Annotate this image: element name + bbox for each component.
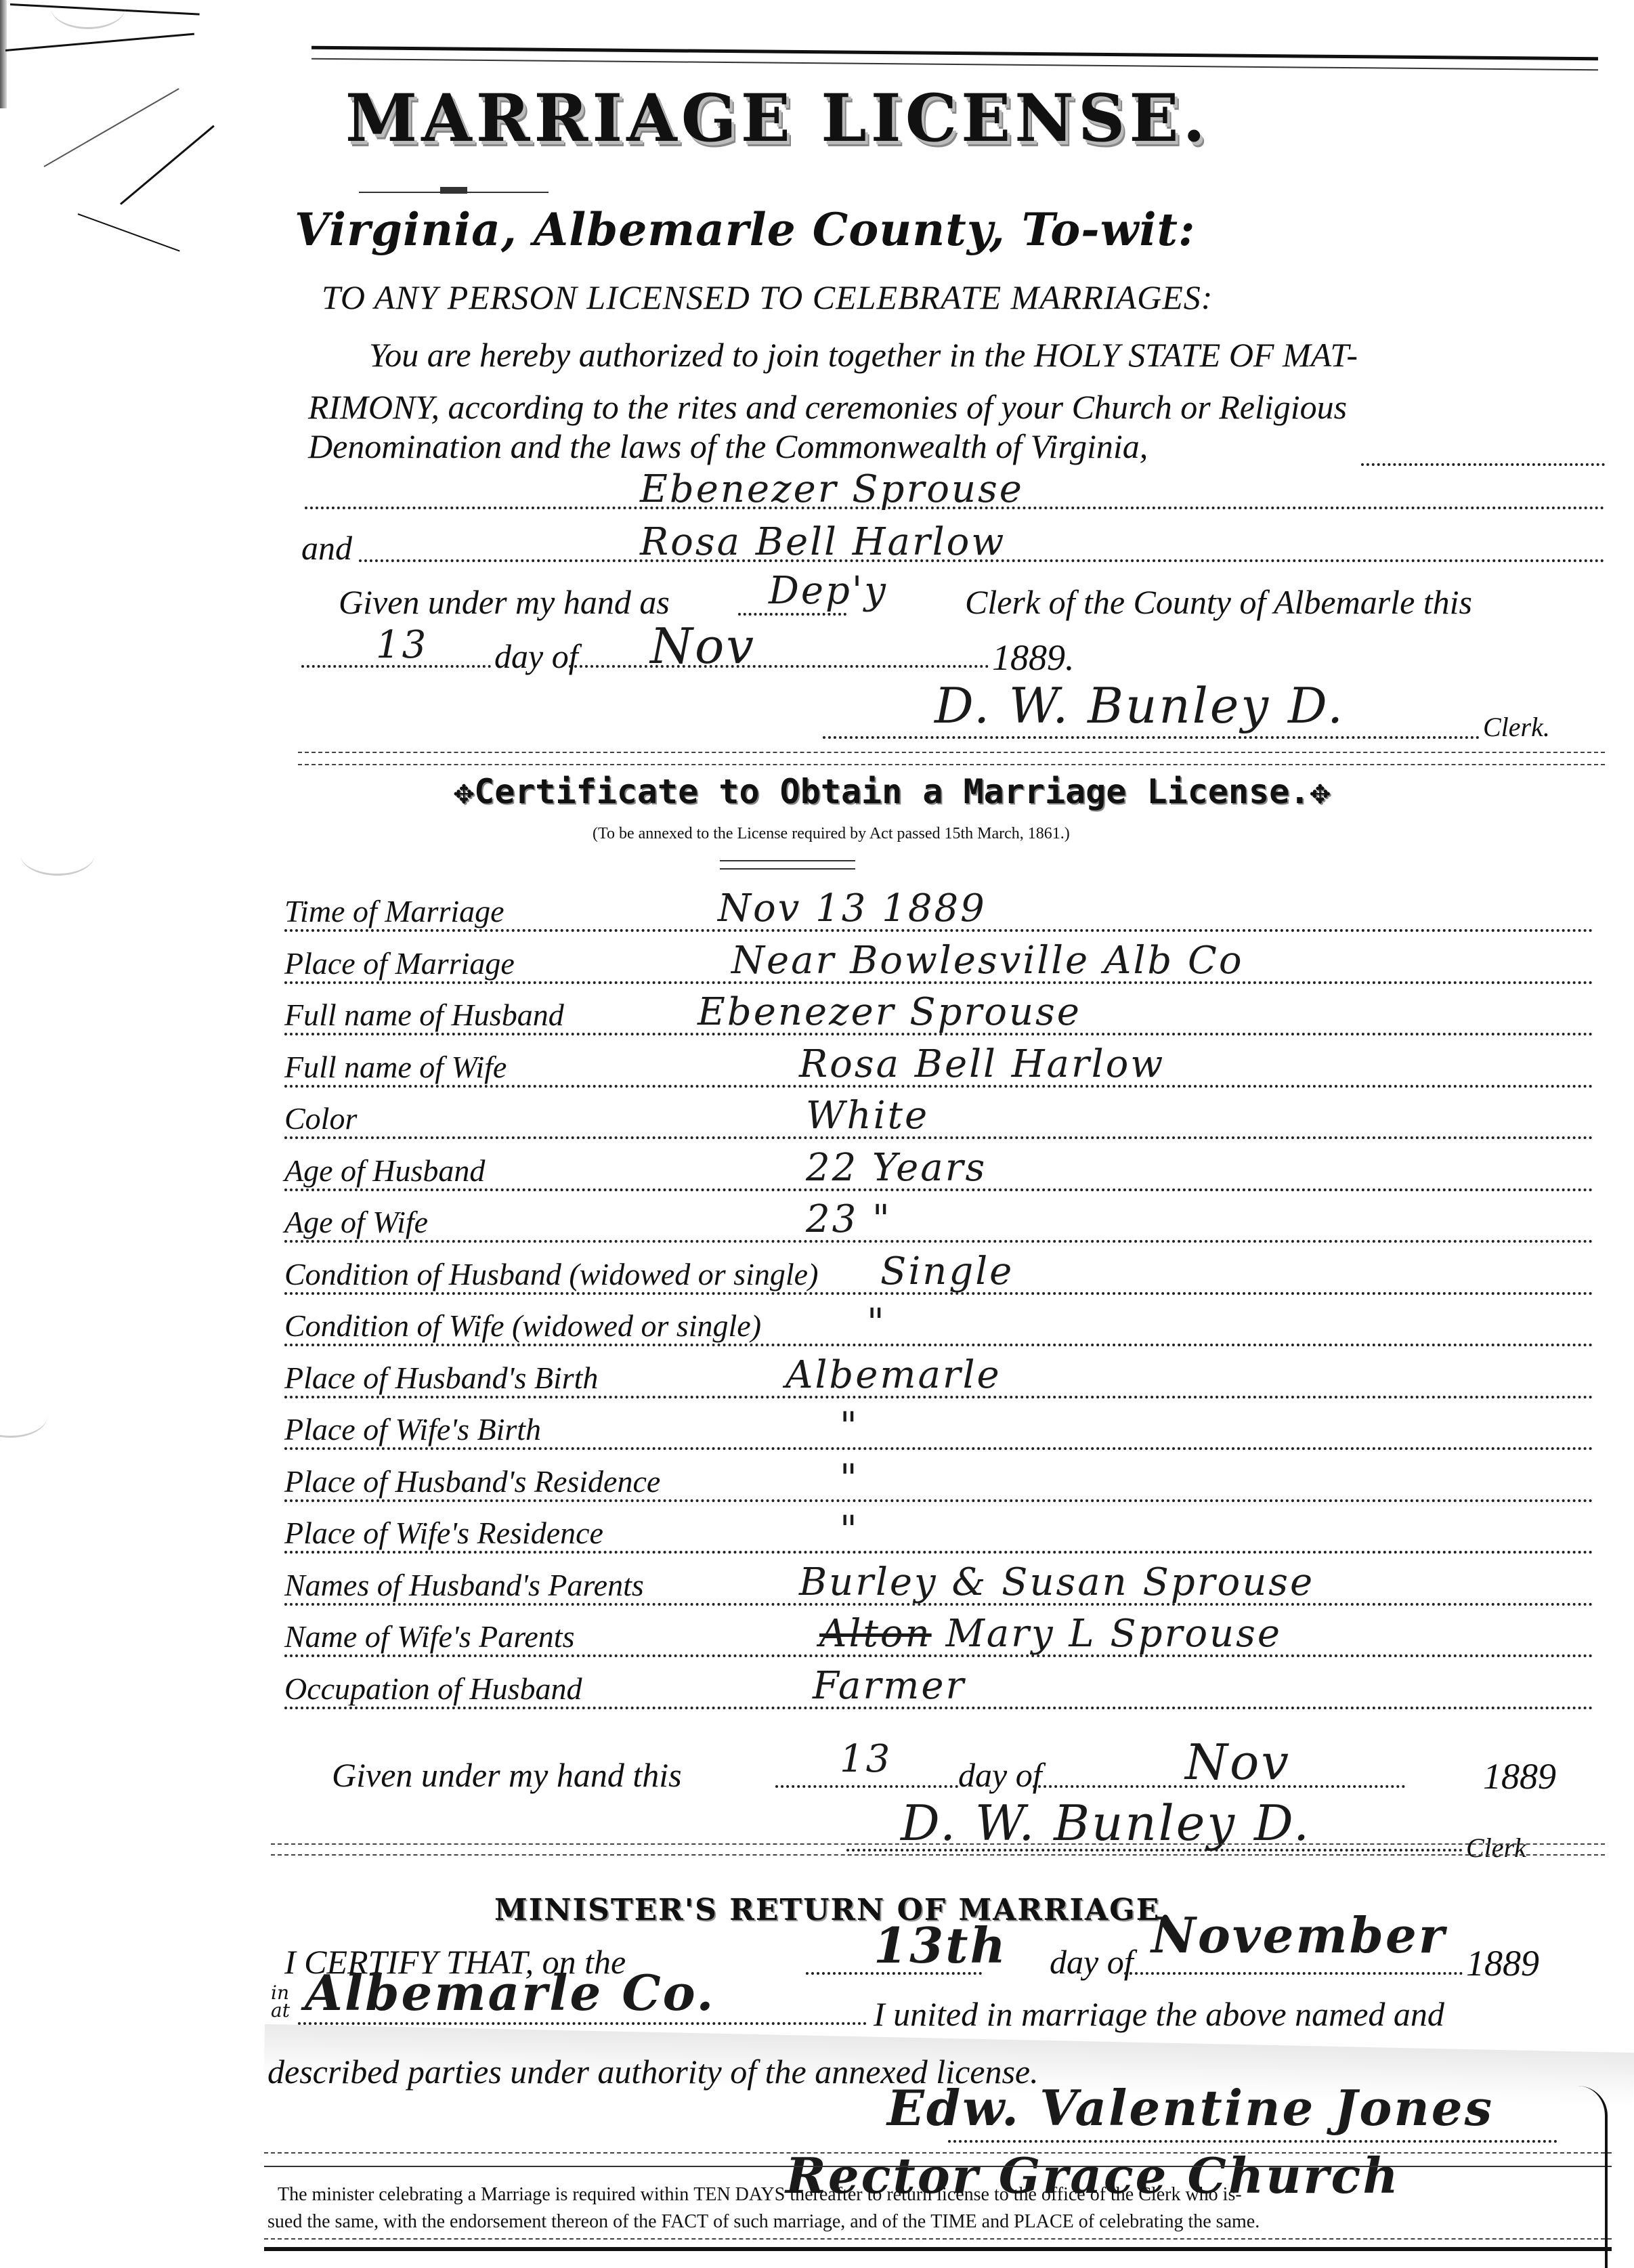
footer-emphasis: FACT [662,2211,709,2232]
authorization-line-3: Denomination and the laws of the Commonw… [308,427,1148,466]
hole-punch [0,1395,47,1438]
addressee-line: TO ANY PERSON LICENSED TO CELEBRATE MARR… [322,278,1213,317]
subtitle-rule [720,868,855,870]
field-value: " [867,1301,886,1345]
field-value: 23 " [806,1197,892,1241]
certificate-field-row: Condition of Wife (widowed or single)" [284,1302,1593,1349]
field-label: Condition of Wife (widowed or single) [284,1308,764,1344]
field-value: Near Bowlesville Alb Co [731,939,1244,983]
field-fill-line [284,1240,1593,1243]
minister-signature: Edw. Valentine Jones [887,2079,1494,2137]
field-label: Name of Wife's Parents [284,1619,578,1654]
left-ornament-icon: ✥ [454,772,474,811]
united-text: I united in marriage the above named and [874,1994,1444,2034]
certificate-field-row: Place of Husband's Residence" [284,1457,1593,1505]
margin-pen-stroke [5,33,194,51]
signature-flourish [1578,2086,1608,2268]
license-month-line [569,665,989,668]
margin-pen-stroke [78,213,180,252]
top-rule-thin [311,58,1598,71]
top-rule-thick [311,46,1598,61]
footer-text: The minister celebrating a Marriage is r… [278,2184,693,2205]
bottom-rule-thick [264,2247,1612,2251]
field-label: Place of Husband's Residence [284,1463,663,1499]
license-month: Nov [650,618,756,675]
certificate-title: ✥Certificate to Obtain a Marriage Licens… [454,772,1330,811]
certificate-field-row: Full name of HusbandEbenezer Sprouse [284,991,1593,1038]
cert-day-of-label: day of [958,1755,1042,1795]
field-fill-line [284,1344,1593,1346]
certificate-field-row: Occupation of HusbandFarmer [284,1665,1593,1712]
title-ornament [440,187,467,194]
field-value: Alton Mary L Sprouse [819,1612,1282,1656]
field-fill-line [284,1499,1593,1502]
field-label: Occupation of Husband [284,1671,585,1707]
field-value: " [840,1457,859,1501]
minister-return-title: MINISTER'S RETURN OF MARRIAGE. [494,1893,1172,1927]
clerk-title: Dep'y [769,569,888,613]
minister-place: Albemarle Co. [305,1964,716,2021]
license-clerk-signature: D. W. Bunley D. [934,677,1345,734]
field-value: White [806,1094,929,1138]
right-ornament-icon: ✥ [1310,772,1330,811]
certificate-field-row: Name of Wife's ParentsAlton Mary L Sprou… [284,1612,1593,1660]
field-label: Age of Husband [284,1153,488,1189]
place-prefix: in at [271,1984,298,2019]
footer-text: of such marriage, and of the [708,2211,930,2232]
certificate-field-row: Names of Husband's ParentsBurley & Susan… [284,1561,1593,1608]
field-fill-line [284,1551,1593,1554]
given-under-hand-label: Given under my hand as [339,582,670,622]
footer-text: of celebrating the same. [1074,2211,1260,2232]
authorization-line-2: RIMONY, according to the rites and cerem… [308,387,1347,427]
certificate-field-row: Place of Wife's Residence" [284,1509,1593,1556]
section-divider [271,1854,1605,1856]
certificate-field-row: Place of Wife's Birth" [284,1405,1593,1453]
margin-pen-stroke [44,88,179,167]
footer-rule [264,2152,1612,2154]
field-label: Place of Marriage [284,945,517,981]
authorization-fill-line [1361,463,1605,466]
field-fill-line [284,1136,1593,1139]
certificate-field-row: ColorWhite [284,1094,1593,1142]
section-divider [298,764,1605,765]
cert-day: 13 [840,1737,892,1781]
field-value: Farmer [813,1664,966,1708]
field-label: Full name of Wife [284,1049,509,1085]
field-value: Burley & Susan Sprouse [799,1560,1314,1604]
field-value: Single [880,1249,1014,1293]
footer-note-line-1: The minister celebrating a Marriage is r… [278,2184,1242,2206]
license-day: 13 [376,623,428,667]
field-label: Full name of Husband [284,997,567,1033]
document-title: MARRIAGE LICENSE. [345,80,1209,156]
hole-punch [51,0,125,29]
footer-text: thereafter to return license to the offi… [785,2184,1241,2205]
minister-day: 13th [874,1917,1008,1974]
footer-rule [264,2238,1612,2240]
certificate-field-row: Place of Husband's BirthAlbemarle [284,1354,1593,1401]
groom-name: Ebenezer Sprouse [640,467,1024,511]
field-label: Time of Marriage [284,893,507,929]
certificate-field-row: Place of MarriageNear Bowlesville Alb Co [284,939,1593,987]
field-label: Condition of Husband (widowed or single) [284,1256,821,1292]
license-year: 1889. [992,637,1075,679]
certificate-field-row: Full name of WifeRosa Bell Harlow [284,1043,1593,1090]
cert-day-line [775,1785,958,1788]
county-text: Clerk of the County of Albemarle this [965,582,1472,622]
field-value: " [840,1405,859,1449]
footer-text: sued the same, with the endorsement ther… [267,2211,662,2232]
footer-emphasis: PLACE [1014,2211,1074,2232]
field-label: Place of Wife's Birth [284,1411,544,1447]
field-label: Names of Husband's Parents [284,1567,647,1603]
field-value: Ebenezer Sprouse [697,990,1081,1034]
certificate-field-row: Age of Husband22 Years [284,1147,1593,1194]
license-day-of-label: day of [494,637,578,676]
field-label: Place of Wife's Residence [284,1515,606,1551]
authorization-line-1: You are hereby authorized to join togeth… [369,335,1358,375]
certificate-field-row: Time of MarriageNov 13 1889 [284,887,1593,935]
section-divider [298,752,1605,753]
field-value: Nov 13 1889 [718,886,987,930]
minister-place-line [298,2022,867,2025]
cert-year: 1889 [1483,1755,1556,1797]
margin-pen-stroke [120,125,215,205]
license-clerk-label: Clerk. [1483,711,1550,743]
footer-note-line-2: sued the same, with the endorsement ther… [267,2211,1260,2233]
clerk-title-line [738,613,846,616]
subtitle-rule [720,860,855,861]
field-value: " [840,1508,859,1552]
cert-clerk-label: Clerk [1466,1832,1526,1864]
certificate-subtitle: (To be annexed to the License required b… [593,825,1070,843]
minister-day-of-label: day of [1050,1942,1134,1982]
jurisdiction-heading: Virginia, Albemarle County, To-wit: [295,203,1195,256]
field-value: 22 Years [806,1146,987,1190]
footer-emphasis: TEN DAYS [693,2184,785,2205]
hole-punch [20,833,95,876]
bride-name: Rosa Bell Harlow [640,520,1006,564]
minister-signature-line [948,2140,1557,2143]
certificate-field-row: Condition of Husband (widowed or single)… [284,1250,1593,1298]
minister-month: November [1151,1906,1446,1964]
section-divider [271,1843,1605,1845]
license-signature-line [823,736,1480,739]
cert-month: Nov [1185,1734,1291,1791]
minister-month-line [1124,1972,1463,1975]
field-label: Color [284,1100,360,1136]
struck-word: Alton [819,1612,932,1656]
footer-text: and [977,2211,1014,2232]
certificate-title-text: Certificate to Obtain a Marriage License… [474,772,1310,811]
field-value: Rosa Bell Harlow [799,1042,1165,1086]
page-edge-shadow [0,0,7,108]
field-fill-line [284,1447,1593,1450]
field-label: Place of Husband's Birth [284,1360,601,1396]
minister-year: 1889 [1466,1942,1539,1984]
footer-rule [264,2166,1612,2167]
and-label: and [301,528,352,568]
field-label: Age of Wife [284,1204,431,1240]
certificate-field-row: Age of Wife23 " [284,1198,1593,1245]
field-value: Albemarle [786,1353,1002,1397]
footer-emphasis: TIME [930,2211,976,2232]
cert-given-label: Given under my hand this [332,1755,682,1795]
